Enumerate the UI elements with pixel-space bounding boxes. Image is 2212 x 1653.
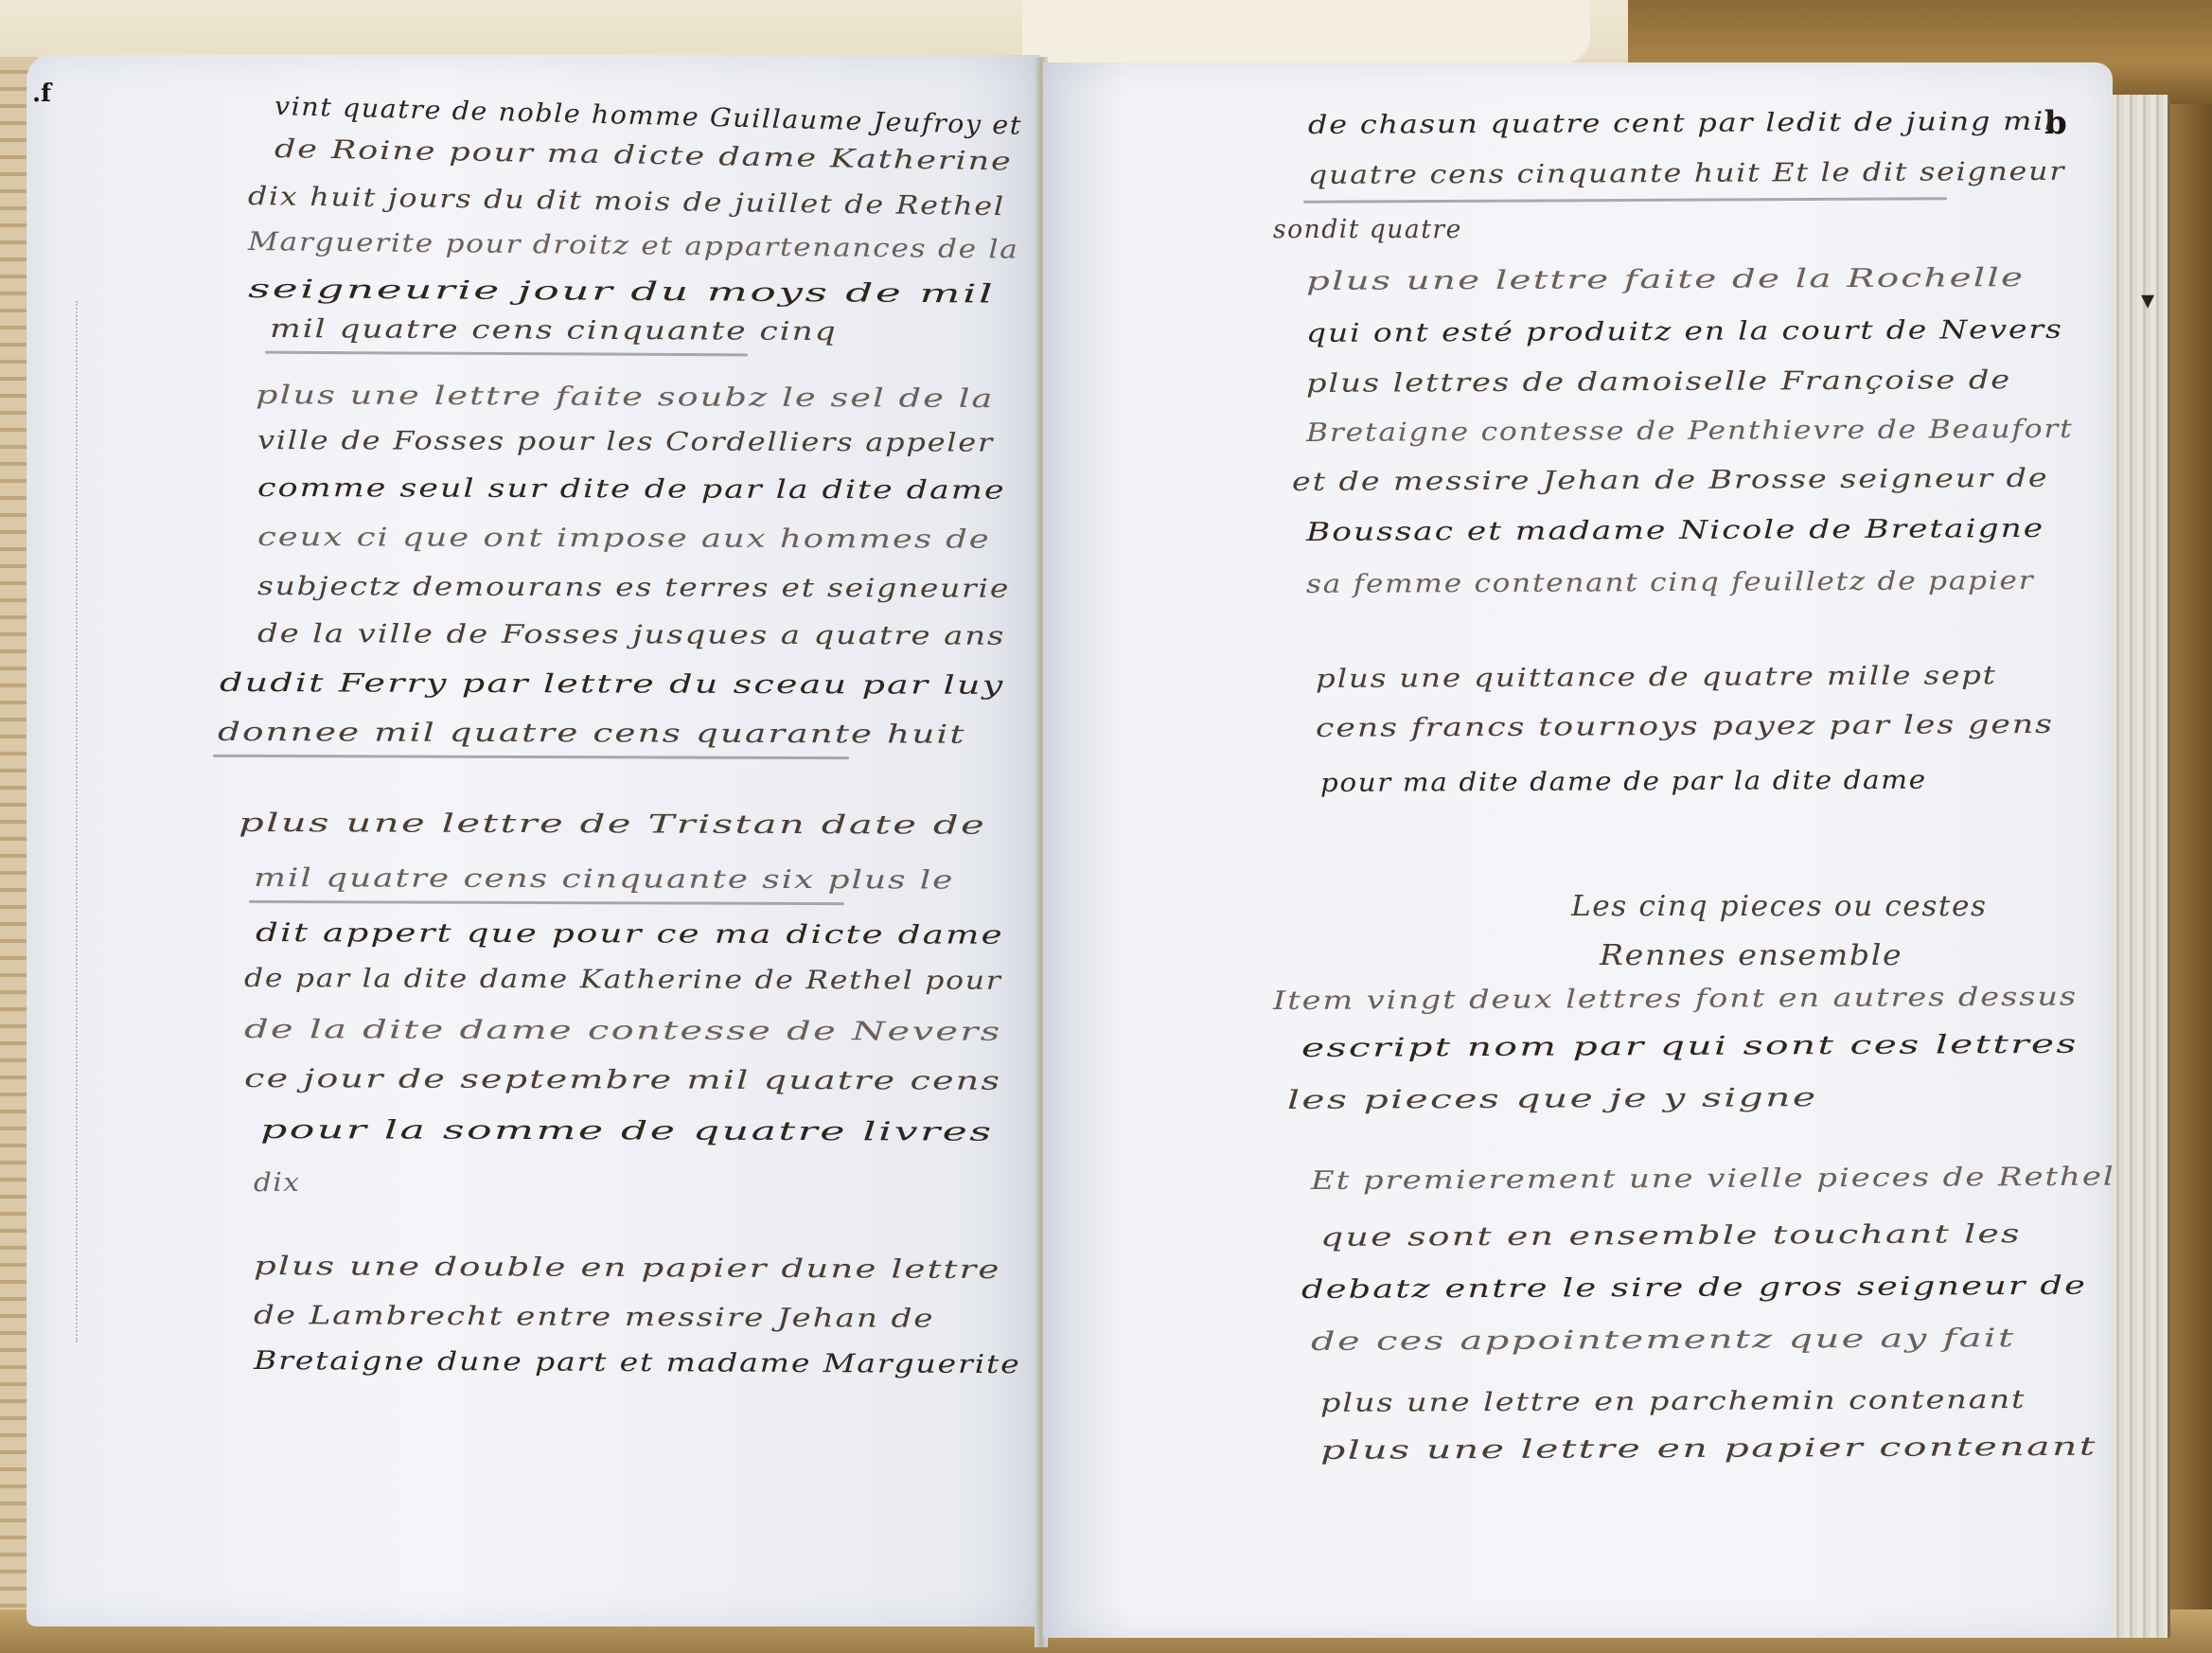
manuscript-line: comme seul sur dite de par la dite dame (257, 473, 1006, 506)
manuscript-line: pour la somme de quatre livres (260, 1115, 994, 1147)
manuscript-line: seigneurie jour du moys de mil (248, 275, 995, 310)
manuscript-line: de Lambrecht entre messire Jehan de (254, 1301, 935, 1334)
manuscript-line: de par la dite dame Katherine de Rethel … (244, 964, 1002, 996)
manuscript-line: dudit Ferry par lettre du sceau par luy (220, 668, 1004, 701)
manuscript-line: de ces appointementz que ay fait (1311, 1324, 2015, 1357)
folio-number-left: .f (32, 80, 51, 108)
manuscript-line: cens francs tournoys payez par les gens (1316, 710, 2054, 743)
page-fore-edge (2111, 95, 2170, 1638)
manuscript-line: de la ville de Fosses jusques a quatre a… (257, 619, 1005, 651)
manuscript-line: les pieces que je y signe (1287, 1083, 1818, 1115)
manuscript-line: pour ma dite dame de par la dite dame (1320, 766, 1927, 798)
manuscript-line: ville de Fosses pour les Cordelliers app… (257, 426, 994, 458)
manuscript-line: subjectz demourans es terres et seigneur… (257, 572, 1010, 604)
manuscript-line: plus lettres de damoiselle Françoise de (1306, 365, 2011, 399)
manuscript-line: mil quatre cens cinquante cinq (270, 314, 838, 347)
manuscript-line: plus une lettre faite de la Rochelle (1306, 263, 2025, 296)
manuscript-line: et de messire Jehan de Brosse seigneur d… (1292, 464, 2049, 497)
manuscript-line: Item vingt deux lettres font en autres d… (1273, 983, 2078, 1016)
paper-flap (1022, 0, 1590, 66)
section-heading: Les cinq pieces ou cestes (1571, 890, 1988, 923)
manuscript-line: de chasun quatre cent par ledit de juing… (1308, 107, 2056, 140)
manuscript-line: mil quatre cens cinquante six plus le (254, 863, 954, 896)
manuscript-line: ce jour de septembre mil quatre cens (244, 1064, 1001, 1096)
manuscript-line: Boussac et madame Nicole de Bretaigne (1306, 514, 2044, 547)
manuscript-line: sondit quatre (1273, 215, 1462, 244)
manuscript-line: escript nom par qui sont ces lettres (1301, 1030, 2079, 1063)
manuscript-line: debatz entre le sire de gros seigneur de (1301, 1271, 2087, 1305)
manuscript-line: quatre cens cinquante huit Et le dit sei… (1308, 157, 2065, 190)
manuscript-line: dix (254, 1168, 301, 1198)
manuscript-line: ceux ci que ont impose aux hommes de (257, 523, 991, 555)
manuscript-line: de la dite dame contesse de Nevers (244, 1015, 1002, 1047)
manuscript-line: plus une lettre en papier contenant (1320, 1432, 2097, 1466)
manuscript-line: plus une lettre en parchemin contenant (1320, 1385, 2026, 1418)
manuscript-line: Bretaigne contesse de Penthievre de Beau… (1306, 415, 2074, 448)
manuscript-line: plus une lettre de Tristan date de (239, 809, 986, 841)
manuscript-line: dit appert que pour ce ma dicte dame (256, 918, 1004, 951)
manuscript-line: plus une double en papier dune lettre (254, 1252, 1001, 1285)
manuscript-line: plus une quittance de quatre mille sept (1316, 661, 1997, 694)
manuscript-line: qui ont esté produitz en la court de Nev… (1306, 315, 2063, 348)
manuscript-line: donnee mil quatre cens quarante huit (218, 718, 966, 750)
margin-mark: ▾ (2141, 284, 2154, 315)
page-ruling (76, 301, 78, 1342)
manuscript-line: Et premierement une vielle pieces de Ret… (1311, 1163, 2115, 1196)
manuscript-line: plus une lettre faite soubz le sel de la (256, 381, 995, 414)
section-heading: Rennes ensemble (1600, 939, 1902, 972)
manuscript-line: que sont en ensemble touchant les (1320, 1219, 2022, 1253)
manuscript-line: sa femme contenant cinq feuilletz de pap… (1306, 566, 2034, 599)
manuscript-line: Bretaigne dune part et madame Marguerite (254, 1346, 1021, 1379)
